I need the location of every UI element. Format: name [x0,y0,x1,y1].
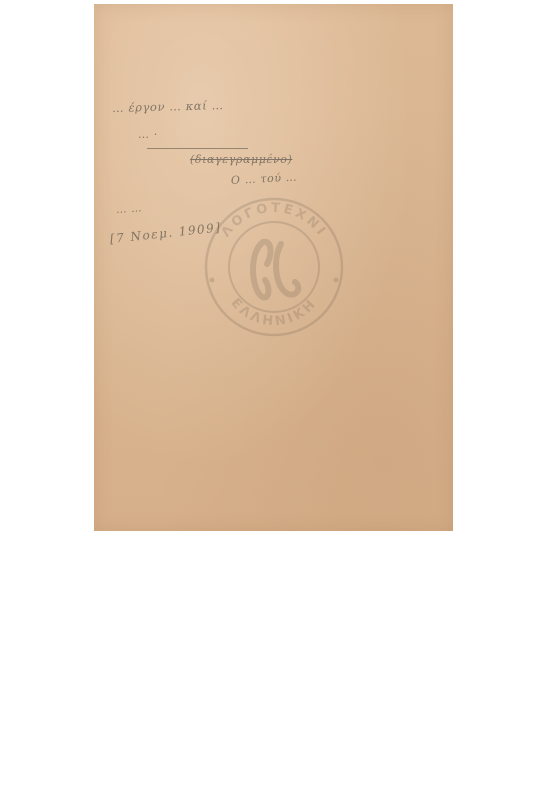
handwritten-line-1: … έργον … καί … [112,98,224,115]
document-page: ΛΟΓΟΤΕΧΝΙ ΕΛΛΗΝΙΚΗ … έργον … καί … … · (… [94,4,453,531]
handwritten-line-5: … … [116,202,143,216]
stamp-arc-top: ΛΟΓΟΤΕΧΝΙ [219,201,330,240]
handwritten-line-2: … · [138,128,158,141]
handwritten-line-4: Ο … τού … [231,171,298,187]
underline-rule [147,148,248,149]
institutional-stamp: ΛΟΓΟΤΕΧΝΙ ΕΛΛΗΝΙΚΗ [199,192,349,342]
stamp-icon: ΛΟΓΟΤΕΧΝΙ ΕΛΛΗΝΙΚΗ [199,192,349,342]
svg-text:ΛΟΓΟΤΕΧΝΙ: ΛΟΓΟΤΕΧΝΙ [219,201,330,240]
struck-through-line: (διαγεγραμμένο) [190,153,292,166]
